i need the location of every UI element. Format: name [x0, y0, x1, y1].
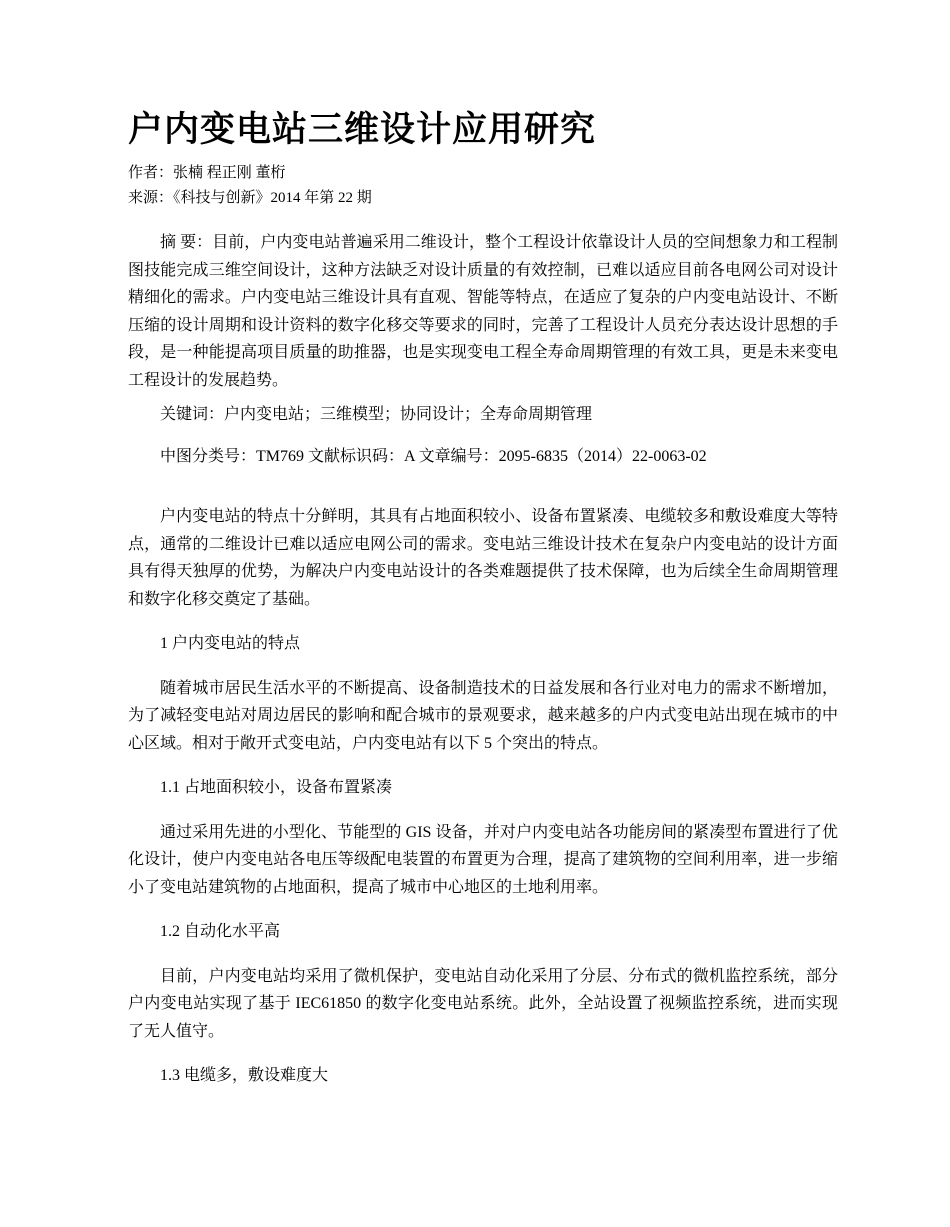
abstract-paragraph: 摘 要：目前，户内变电站普遍采用二维设计，整个工程设计依靠设计人员的空间想象力和… [128, 229, 838, 394]
intro-paragraph: 户内变电站的特点十分鲜明，其具有占地面积较小、设备布置紧凑、电缆较多和敷设难度大… [128, 503, 838, 613]
section-heading-1-1: 1.1 占地面积较小，设备布置紧凑 [128, 774, 838, 802]
source-line: 来源：《科技与创新》2014 年第 22 期 [128, 186, 838, 211]
document-page: 户内变电站三维设计应用研究 作者：张楠 程正刚 董桁 来源：《科技与创新》201… [0, 0, 950, 1227]
classification-line: 中图分类号：TM769 文献标识码：A 文章编号：2095-6835（2014）… [128, 443, 838, 471]
article-title: 户内变电站三维设计应用研究 [128, 107, 838, 153]
section-1-1-paragraph: 通过采用先进的小型化、节能型的 GIS 设备，并对户内变电站各功能房间的紧凑型布… [128, 819, 838, 902]
author-line: 作者：张楠 程正刚 董桁 [128, 161, 838, 186]
section-1-2-paragraph: 目前，户内变电站均采用了微机保护，变电站自动化采用了分层、分布式的微机监控系统，… [128, 963, 838, 1046]
section-heading-1-3: 1.3 电缆多，敷设难度大 [128, 1062, 838, 1090]
section-heading-1: 1 户内变电站的特点 [128, 630, 838, 658]
keywords-line: 关键词：户内变电站；三维模型；协同设计；全寿命周期管理 [128, 401, 838, 429]
section-1-paragraph: 随着城市居民生活水平的不断提高、设备制造技术的日益发展和各行业对电力的需求不断增… [128, 675, 838, 758]
section-heading-1-2: 1.2 自动化水平高 [128, 918, 838, 946]
